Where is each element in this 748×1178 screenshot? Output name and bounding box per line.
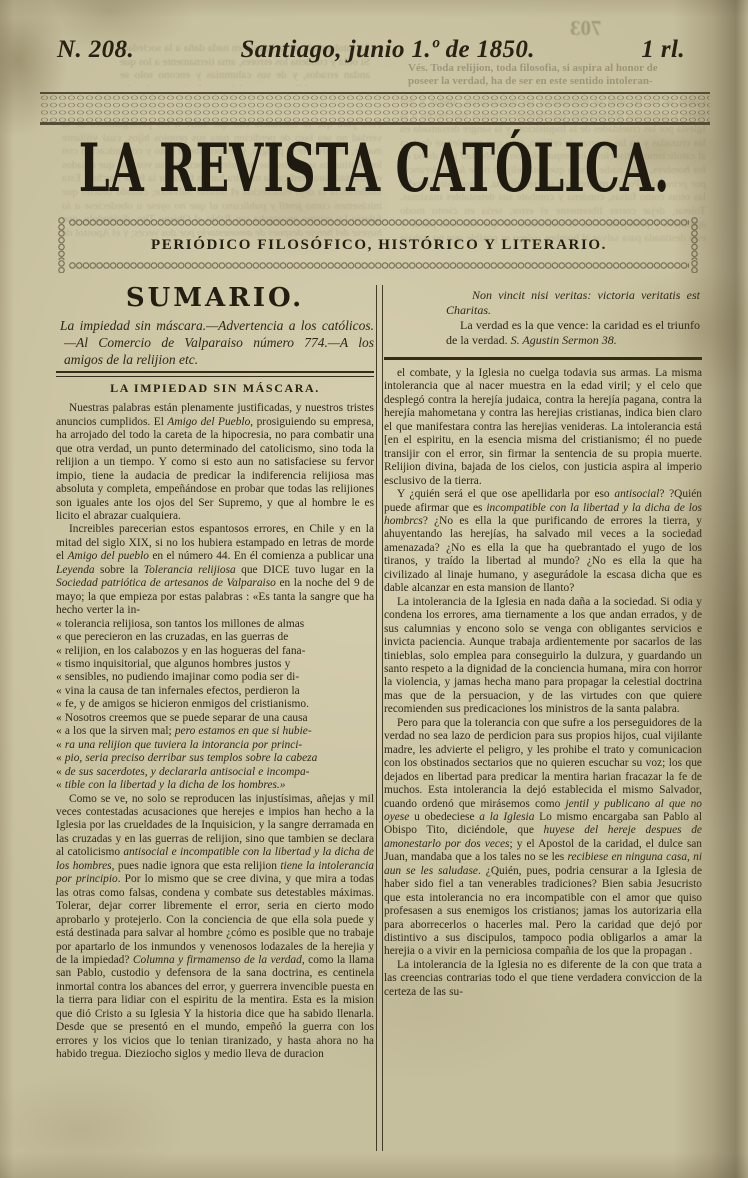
epigraph-translation: La verdad es la que vence: la caridad es… xyxy=(446,318,700,348)
page-header: N. 208. Santiago, junio 1.º de 1850. 1 r… xyxy=(57,36,685,64)
article-paragraph: el combate, y la Iglesia no cuelga todav… xyxy=(384,367,702,488)
ornament-top xyxy=(69,217,689,230)
ornament-corner xyxy=(56,260,69,273)
ornament-corner xyxy=(689,260,702,273)
article-paragraph: Nuestras palabras están plenamente justi… xyxy=(56,402,374,523)
masthead-title: LA REVISTA CATÓLICA. xyxy=(0,131,748,208)
article-paragraph: Y ¿quién será el que ose apellidarla por… xyxy=(384,488,702,596)
ornament-corner xyxy=(689,217,702,230)
newspaper-page: 703 Vés. Toda relijion, toda filosofia, … xyxy=(0,0,748,1178)
issue-number: N. 208. xyxy=(57,36,134,64)
epigraph-latin: Non vincit nisi veritas: victoria verita… xyxy=(446,288,700,318)
column-divider-rule xyxy=(376,285,383,1151)
dateline: Santiago, junio 1.º de 1850. xyxy=(240,36,534,64)
ornament-bottom xyxy=(69,260,689,273)
article-paragraph: Pero para que la tolerancia con que sufr… xyxy=(384,717,702,959)
subtitle: PERIÓDICO FILOSÓFICO, HISTÓRICO Y LITERA… xyxy=(69,230,689,260)
article-paragraph: Como se ve, no solo se reproducen las in… xyxy=(56,793,374,1062)
epigraph: Non vincit nisi veritas: victoria verita… xyxy=(446,288,700,348)
summary-title: SUMARIO. xyxy=(56,283,374,313)
article-columns: SUMARIO. La impiedad sin máscara.—Advert… xyxy=(56,283,702,1151)
ornament-left xyxy=(56,230,69,260)
summary-text: La impiedad sin máscara.—Advertencia a l… xyxy=(56,318,374,368)
article-paragraph-with-quote: Increibles parecerian estos espantosos e… xyxy=(56,523,374,792)
article-paragraph: La intolerancia de la Iglesia en nada da… xyxy=(384,596,702,717)
article-title: LA IMPIEDAD SIN MÁSCARA. xyxy=(56,381,374,396)
bleedthrough-header-text: Vés. Toda relijion, toda filosofia, si a… xyxy=(408,62,708,88)
right-column: Non vincit nisi veritas: victoria verita… xyxy=(384,283,702,1151)
epigraph-rule xyxy=(384,357,702,360)
ornamental-chain-band xyxy=(40,92,710,125)
left-column: SUMARIO. La impiedad sin máscara.—Advert… xyxy=(56,283,374,1151)
ornament-right xyxy=(689,230,702,260)
double-rule xyxy=(56,371,374,377)
subtitle-banner: PERIÓDICO FILOSÓFICO, HISTÓRICO Y LITERA… xyxy=(56,217,702,273)
article-paragraph: La intolerancia de la Iglesia no es dife… xyxy=(384,959,702,999)
price: 1 rl. xyxy=(641,36,685,64)
ornament-corner xyxy=(56,217,69,230)
